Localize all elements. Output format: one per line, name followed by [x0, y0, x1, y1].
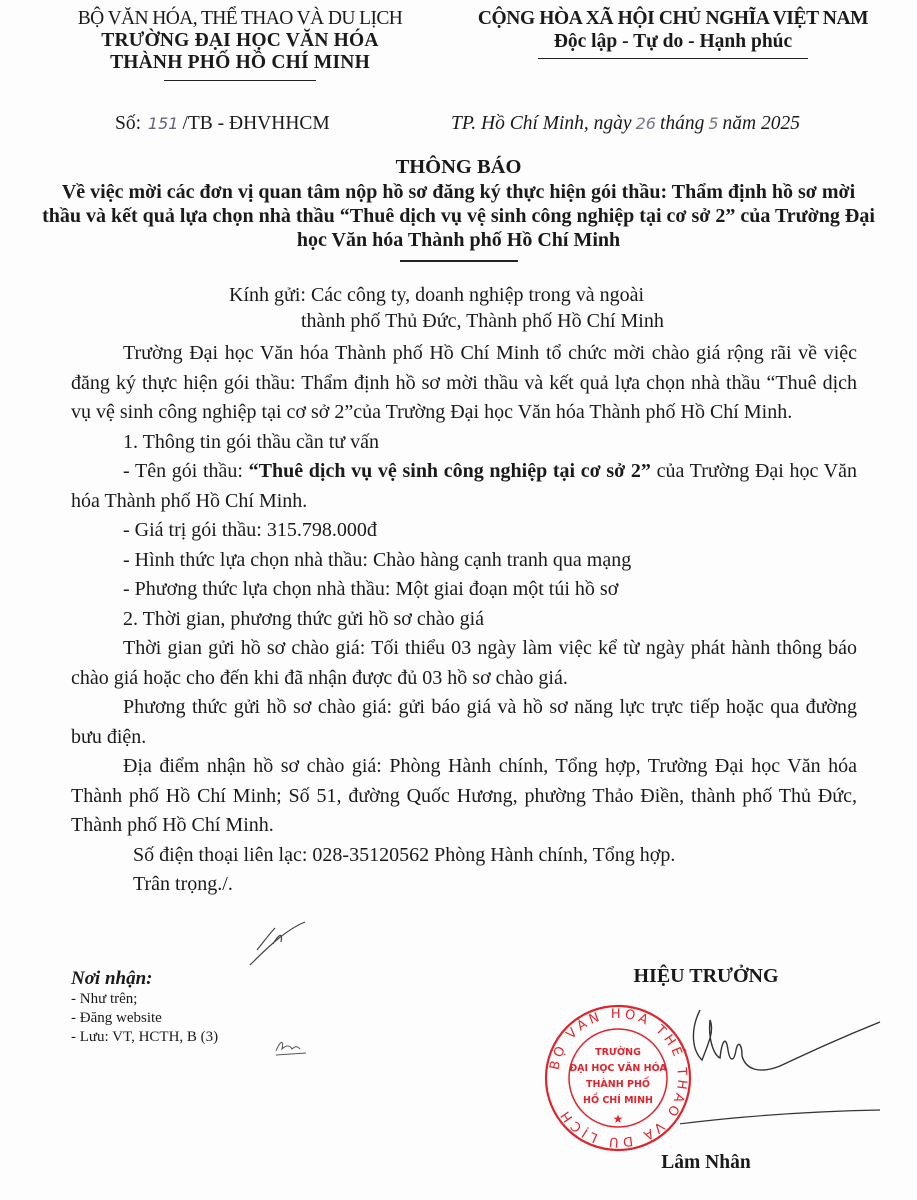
svg-text:THÀNH PHỐ: THÀNH PHỐ: [586, 1077, 650, 1090]
distribution-heading: Nơi nhận:: [71, 968, 218, 990]
issue-date: TP. Hồ Chí Minh, ngày26tháng5năm 2025: [451, 113, 800, 135]
school-name-line2: THÀNH PHỐ HỒ CHÍ MINH: [40, 52, 440, 74]
handwritten-day: 26: [636, 114, 656, 133]
issuer-header: BỘ VĂN HÓA, THỂ THAO VÀ DU LỊCH TRƯỜNG Đ…: [40, 8, 440, 81]
notice-heading: THÔNG BÁO: [40, 155, 877, 180]
header-divider: [164, 80, 316, 81]
submission-time: Thời gian gửi hồ sơ chào giá: Tối thiểu …: [71, 634, 857, 693]
recipient-block: Kính gửi: Các công ty, doanh nghiệp tron…: [229, 282, 664, 334]
handwritten-number: 151: [148, 114, 179, 133]
initial-signature-icon: [245, 920, 315, 970]
signer-name: Lâm Nhân: [596, 1152, 816, 1174]
ministry-name: BỘ VĂN HÓA, THỂ THAO VÀ DU LỊCH: [40, 8, 440, 30]
signer-position: HIỆU TRƯỞNG: [596, 965, 816, 988]
distribution-item: - Lưu: VT, HCTH, B (3): [71, 1028, 218, 1047]
svg-text:ĐẠI HỌC VĂN HÓA: ĐẠI HỌC VĂN HÓA: [569, 1062, 667, 1074]
handwritten-signature-icon: [680, 1000, 890, 1140]
section1-heading: 1. Thông tin gói thầu cần tư vấn: [71, 428, 857, 458]
notice-subject: Về việc mời các đơn vị quan tâm nộp hồ s…: [40, 180, 877, 252]
handwritten-month: 5: [708, 114, 718, 133]
national-header: CỘNG HÒA XÃ HỘI CHỦ NGHĨA VIỆT NAM Độc l…: [440, 8, 906, 59]
distribution-item: - Đăng website: [71, 1009, 218, 1028]
package-name: - Tên gói thầu: “Thuê dịch vụ vệ sinh cô…: [71, 457, 857, 516]
distribution-item: - Như trên;: [71, 990, 218, 1009]
archive-initial-icon: [272, 1035, 312, 1059]
submission-location: Địa điểm nhận hồ sơ chào giá: Phòng Hành…: [71, 752, 857, 841]
intro-paragraph: Trường Đại học Văn hóa Thành phố Hồ Chí …: [71, 339, 857, 428]
recipient-line1: Kính gửi: Các công ty, doanh nghiệp tron…: [229, 282, 664, 308]
notice-body: Trường Đại học Văn hóa Thành phố Hồ Chí …: [71, 339, 857, 900]
svg-text:★: ★: [613, 1112, 624, 1126]
official-seal-icon: BỘ VĂN HÓA THỂ THAO VÀ DU LỊCH ★ TRƯỜNG …: [543, 1003, 693, 1153]
notice-title: THÔNG BÁO Về việc mời các đơn vị quan tâ…: [40, 155, 877, 262]
country-name: CỘNG HÒA XÃ HỘI CHỦ NGHĨA VIỆT NAM: [440, 8, 906, 30]
closing-line: Trân trọng./.: [71, 870, 857, 900]
contact-phone: Số điện thoại liên lạc: 028-35120562 Phò…: [71, 841, 857, 871]
motto-divider: [538, 58, 808, 59]
svg-text:TRƯỜNG: TRƯỜNG: [595, 1046, 641, 1058]
title-divider: [400, 260, 518, 262]
svg-text:HỒ CHÍ MINH: HỒ CHÍ MINH: [583, 1093, 653, 1106]
document-page: BỘ VĂN HÓA, THỂ THAO VÀ DU LỊCH TRƯỜNG Đ…: [0, 0, 917, 1200]
section2-heading: 2. Thời gian, phương thức gửi hồ sơ chào…: [71, 605, 857, 635]
distribution-list: Nơi nhận: - Như trên; - Đăng website - L…: [71, 968, 218, 1047]
recipient-line2: thành phố Thủ Đức, Thành phố Hồ Chí Minh: [229, 308, 664, 334]
submission-method: Phương thức gửi hồ sơ chào giá: gửi báo …: [71, 693, 857, 752]
selection-form: - Hình thức lựa chọn nhà thầu: Chào hàng…: [71, 546, 857, 576]
national-motto: Độc lập - Tự do - Hạnh phúc: [440, 30, 906, 54]
selection-method: - Phương thức lựa chọn nhà thầu: Một gia…: [71, 575, 857, 605]
package-value: - Giá trị gói thầu: 315.798.000đ: [71, 516, 857, 546]
document-number: Số: 151/TB - ĐHVHHCM: [115, 113, 330, 135]
school-name-line1: TRƯỜNG ĐẠI HỌC VĂN HÓA: [40, 30, 440, 52]
